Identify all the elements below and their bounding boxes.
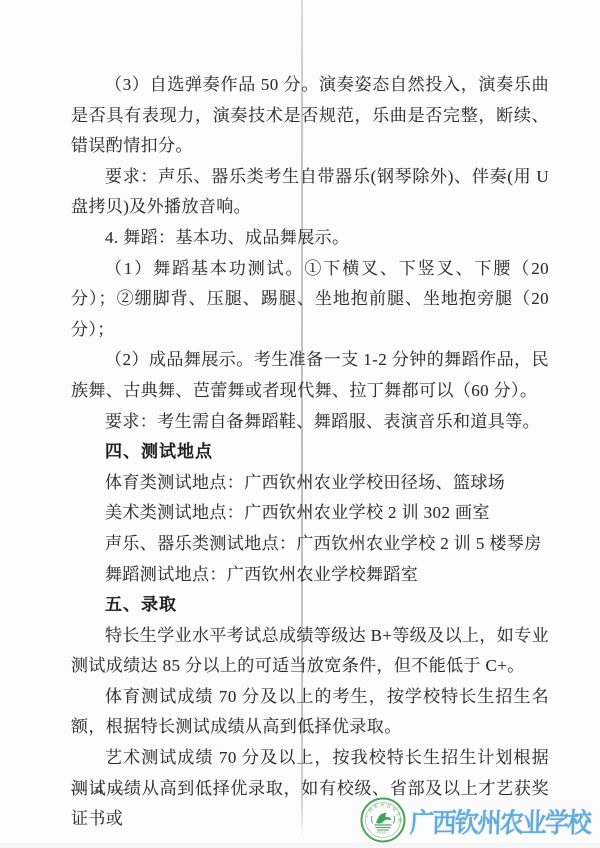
paragraph-music-requirements: 要求：声乐、器乐类考生自带器乐(钢琴除外)、伴奏(用 U 盘拷贝)及外播放音响。 bbox=[71, 162, 549, 223]
section-heading-admission: 五、录取 bbox=[71, 590, 549, 621]
paragraph-piano-piece-scoring: （3）自选弹奏作品 50 分。演奏姿态自然投入，演奏乐曲是否具有表现力，演奏技术… bbox=[71, 70, 549, 162]
document-body: （3）自选弹奏作品 50 分。演奏姿态自然投入，演奏乐曲是否具有表现力，演奏技术… bbox=[71, 70, 549, 835]
paragraph-dance-requirements: 要求：考生需自备舞蹈鞋、舞蹈服、表演音乐和道具等。 bbox=[71, 407, 549, 438]
school-watermark: 广西钦州农业学校 · 1956 · 广西钦州农业学校 bbox=[359, 796, 600, 844]
paragraph-location-sports: 体育类测试地点：广西钦州农业学校田径场、篮球场 bbox=[71, 468, 549, 499]
paragraph-dance-basic-skills: （1）舞蹈基本功测试。①下横叉、下竖叉、下腰（20 分）；②绷脚背、压腿、踢腿、… bbox=[71, 254, 549, 346]
section-heading-test-locations: 四、测试地点 bbox=[71, 437, 549, 468]
paragraph-dance-overview: 4. 舞蹈：基本功、成品舞展示。 bbox=[71, 223, 549, 254]
paragraph-admission-sports-rule: 体育测试成绩 70 分及以上的考生，按学校特长生招生名额，根据特长测试成绩从高到… bbox=[71, 682, 549, 743]
paragraph-location-art: 美术类测试地点：广西钦州农业学校 2 训 302 画室 bbox=[71, 498, 549, 529]
school-emblem-icon: 广西钦州农业学校 · 1956 · bbox=[359, 796, 407, 844]
watermark-school-name: 广西钦州农业学校 bbox=[409, 801, 590, 840]
page-number: — 4 — bbox=[71, 781, 129, 799]
paragraph-dance-performance: （2）成品舞展示。考生准备一支 1-2 分钟的舞蹈作品，民族舞、古典舞、芭蕾舞或… bbox=[71, 345, 549, 406]
scanned-document-page: （3）自选弹奏作品 50 分。演奏姿态自然投入，演奏乐曲是否具有表现力，演奏技术… bbox=[0, 0, 600, 848]
paragraph-location-dance: 舞蹈测试地点：广西钦州农业学校舞蹈室 bbox=[71, 560, 549, 591]
paragraph-location-music: 声乐、器乐类测试地点：广西钦州农业学校 2 训 5 楼琴房 bbox=[71, 529, 549, 560]
scan-bottom-edge bbox=[0, 843, 600, 848]
paragraph-admission-grade-rule: 特长生学业水平考试总成绩等级达 B+等级及以上，如专业测试成绩达 85 分以上的… bbox=[71, 621, 549, 682]
